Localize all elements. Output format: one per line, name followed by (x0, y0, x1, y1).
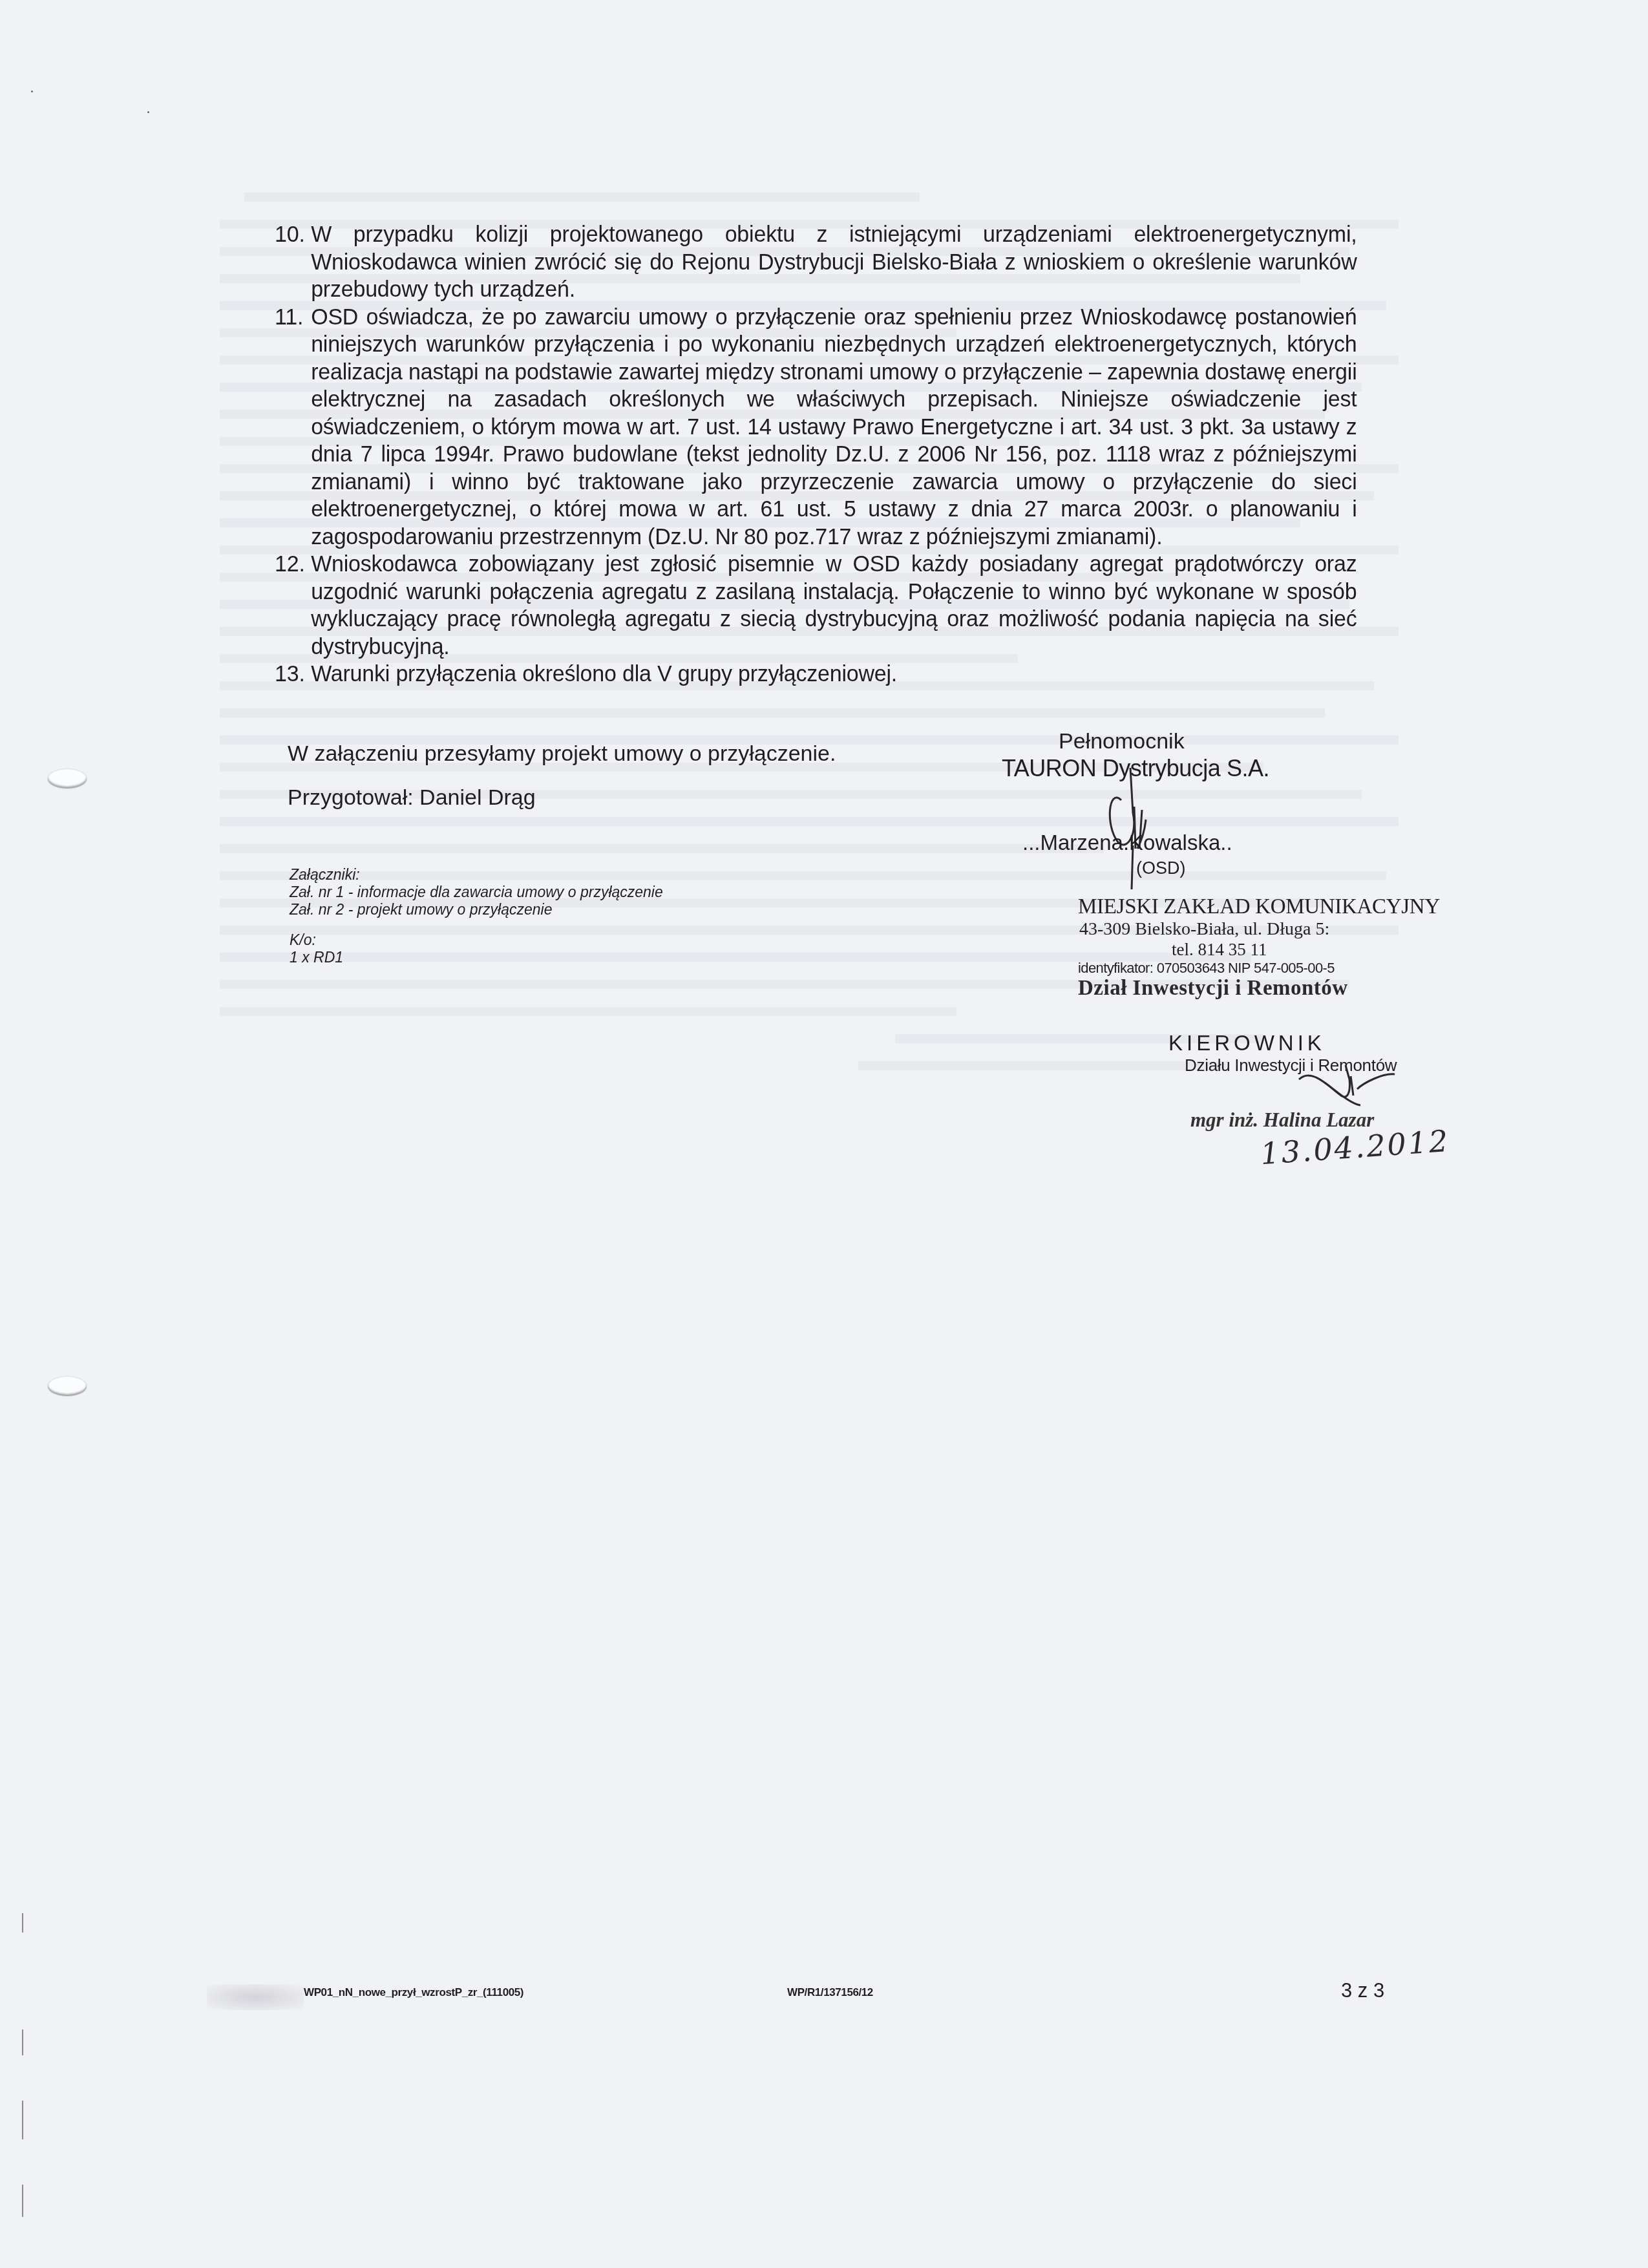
signatory-company: TAURON Dystrybucja S.A. (1002, 755, 1269, 782)
enclosure-note: W załączeniu przesyłamy projekt umowy o … (288, 741, 836, 767)
attachment-item: Zał. nr 2 - projekt umowy o przyłączenie (290, 901, 663, 918)
condition-text: OSD oświadcza, że po zawarciu umowy o pr… (311, 304, 1357, 551)
company-stamp: MIEJSKI ZAKŁAD KOMUNIKACYJNY 43-309 Biel… (1078, 895, 1440, 1001)
manager-title: KIEROWNIK (1168, 1031, 1326, 1055)
attachments-heading: Załączniki: (290, 866, 663, 884)
scan-edge-mark (22, 2101, 23, 2139)
condition-number: 11. (275, 304, 311, 551)
page-number: 3 z 3 (1341, 1979, 1384, 2002)
speck (147, 111, 149, 113)
footer-reference: WP/R1/137156/12 (787, 1986, 873, 1999)
condition-item: 10. W przypadku kolizji projektowanego o… (275, 221, 1357, 304)
numbered-conditions: 10. W przypadku kolizji projektowanego o… (275, 221, 1357, 688)
manager-department: Działu Inwestycji i Remontów (1185, 1055, 1397, 1076)
stamp-company-name: MIEJSKI ZAKŁAD KOMUNIKACYJNY (1078, 895, 1440, 919)
speck (31, 90, 33, 92)
signatory-title: Pełnomocnik (1059, 729, 1185, 754)
scan-edge-mark (22, 2030, 23, 2055)
scan-edge-mark (22, 1913, 23, 1933)
stamp-ids: identyfikator: 070503643 NIP 547-005-00-… (1078, 960, 1440, 977)
scan-smudge (207, 1984, 304, 2010)
condition-number: 13. (275, 661, 311, 688)
signatory-name: ...Marzena.Kowalska.. (1022, 831, 1232, 855)
condition-item: 13. Warunki przyłączenia określono dla V… (275, 661, 1357, 688)
manager-name: mgr inż. Halina Lazar (1190, 1108, 1374, 1132)
footer-template-id: WP01_nN_nowe_przył_wzrostP_zr_(111005) (304, 1986, 523, 1999)
scan-edge-mark (22, 2185, 23, 2217)
condition-item: 11. OSD oświadcza, że po zawarciu umowy … (275, 304, 1357, 551)
condition-text: W przypadku kolizji projektowanego obiek… (311, 221, 1357, 304)
copies-heading: K/o: (290, 931, 663, 949)
condition-text: Warunki przyłączenia określono dla V gru… (311, 661, 1357, 688)
punch-hole (48, 769, 87, 789)
prepared-by: Przygotował: Daniel Drąg (288, 785, 536, 811)
attachments-block: Załączniki: Zał. nr 1 - informacje dla z… (290, 866, 663, 966)
condition-item: 12. Wnioskodawca zobowiązany jest zgłosi… (275, 551, 1357, 661)
condition-number: 10. (275, 221, 311, 304)
stamp-address: 43-309 Bielsko-Biała, ul. Długa 5: (1079, 919, 1440, 940)
condition-text: Wnioskodawca zobowiązany jest zgłosić pi… (311, 551, 1357, 661)
attachment-item: Zał. nr 1 - informacje dla zawarcia umow… (290, 884, 663, 901)
stamp-phone: tel. 814 35 11 (1172, 940, 1440, 960)
condition-number: 12. (275, 551, 311, 661)
copies-value: 1 x RD1 (290, 949, 663, 966)
signatory-role: (OSD) (1136, 858, 1186, 878)
stamp-department: Dział Inwestycji i Remontów (1078, 977, 1440, 1001)
punch-hole (48, 1377, 87, 1396)
